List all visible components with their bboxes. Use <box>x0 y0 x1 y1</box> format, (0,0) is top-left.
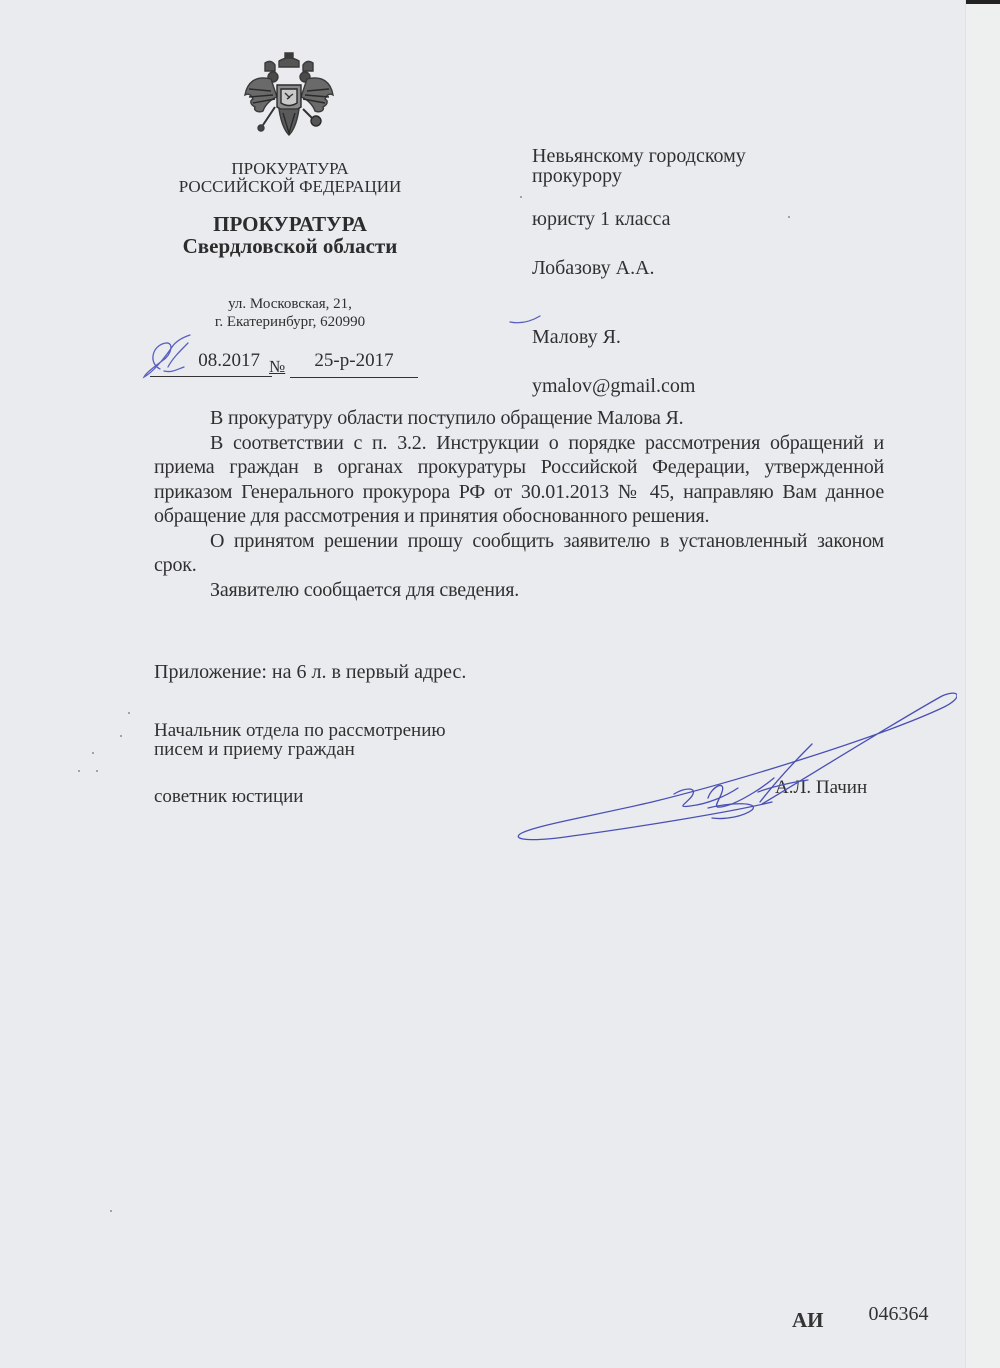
addressee-block: Невьянскому городскому прокурору юристу … <box>532 146 832 420</box>
letterhead: ПРОКУРАТУРА РОССИЙСКОЙ ФЕДЕРАЦИИ ПРОКУРА… <box>150 160 430 331</box>
recipient-rank: юристу 1 класса <box>532 208 832 231</box>
recipient-name: Лобазову А.А. <box>532 257 832 280</box>
russian-coat-of-arms-icon <box>241 49 337 143</box>
office-address-line2: г. Екатеринбург, 620990 <box>150 313 430 331</box>
scanned-page-edge-shadow <box>966 0 1000 4</box>
office-address-line1: ул. Московская, 21, <box>150 295 430 313</box>
scanned-page-edge <box>965 0 1000 1368</box>
signatory-position-line1: Начальник отдела по рассмотрению <box>154 721 446 740</box>
letter-body: В прокуратуру области поступило обращени… <box>154 406 884 602</box>
org-name-line1: ПРОКУРАТУРА <box>150 160 430 178</box>
signatory-rank: советник юстиции <box>154 787 446 806</box>
recipient-line2: прокурору <box>532 166 832 186</box>
handwritten-initials-icon <box>138 333 198 383</box>
body-paragraph-2: В соответствии с п. 3.2. Инструкции о по… <box>154 431 884 529</box>
ink-checkmark-icon <box>508 312 548 328</box>
body-paragraph-1: В прокуратуру области поступило обращени… <box>154 406 884 431</box>
body-paragraph-3: О принятом решении прошу сообщить заявит… <box>154 529 884 578</box>
scan-speck <box>92 752 94 754</box>
org-name-line2: РОССИЙСКОЙ ФЕДЕРАЦИИ <box>150 178 430 196</box>
scan-speck <box>128 712 130 714</box>
scan-speck <box>120 735 122 737</box>
scan-speck <box>110 1210 112 1212</box>
signatory-block: Начальник отдела по рассмотрению писем и… <box>154 721 446 806</box>
registration-date: 08.2017 <box>198 350 260 371</box>
office-name-line1: ПРОКУРАТУРА <box>150 213 430 235</box>
registration-number: 25-р-2017 <box>290 345 418 378</box>
body-paragraph-4: Заявителю сообщается для сведения. <box>154 578 884 603</box>
attachment-note: Приложение: на 6 л. в первый адрес. <box>154 660 466 684</box>
office-name-line2: Свердловской области <box>150 235 430 257</box>
recipient-title: Невьянскому городскому прокурору <box>532 146 832 186</box>
copy-recipient-email: ymalov@gmail.com <box>532 375 832 398</box>
form-serial: АИ 046364 <box>792 1301 929 1326</box>
scan-speck <box>78 770 80 772</box>
signatory-position-line2: писем и приему граждан <box>154 740 446 759</box>
form-serial-number: 046364 <box>869 1303 929 1325</box>
scan-speck <box>520 196 522 198</box>
scan-speck <box>96 770 98 772</box>
number-sign: № <box>269 351 285 383</box>
copy-recipient-name: Малову Я. <box>532 326 832 349</box>
form-serial-series: АИ <box>792 1308 824 1332</box>
handwritten-signature-icon <box>512 684 957 844</box>
scan-speck <box>788 216 790 218</box>
recipient-line1: Невьянскому городскому <box>532 146 832 166</box>
